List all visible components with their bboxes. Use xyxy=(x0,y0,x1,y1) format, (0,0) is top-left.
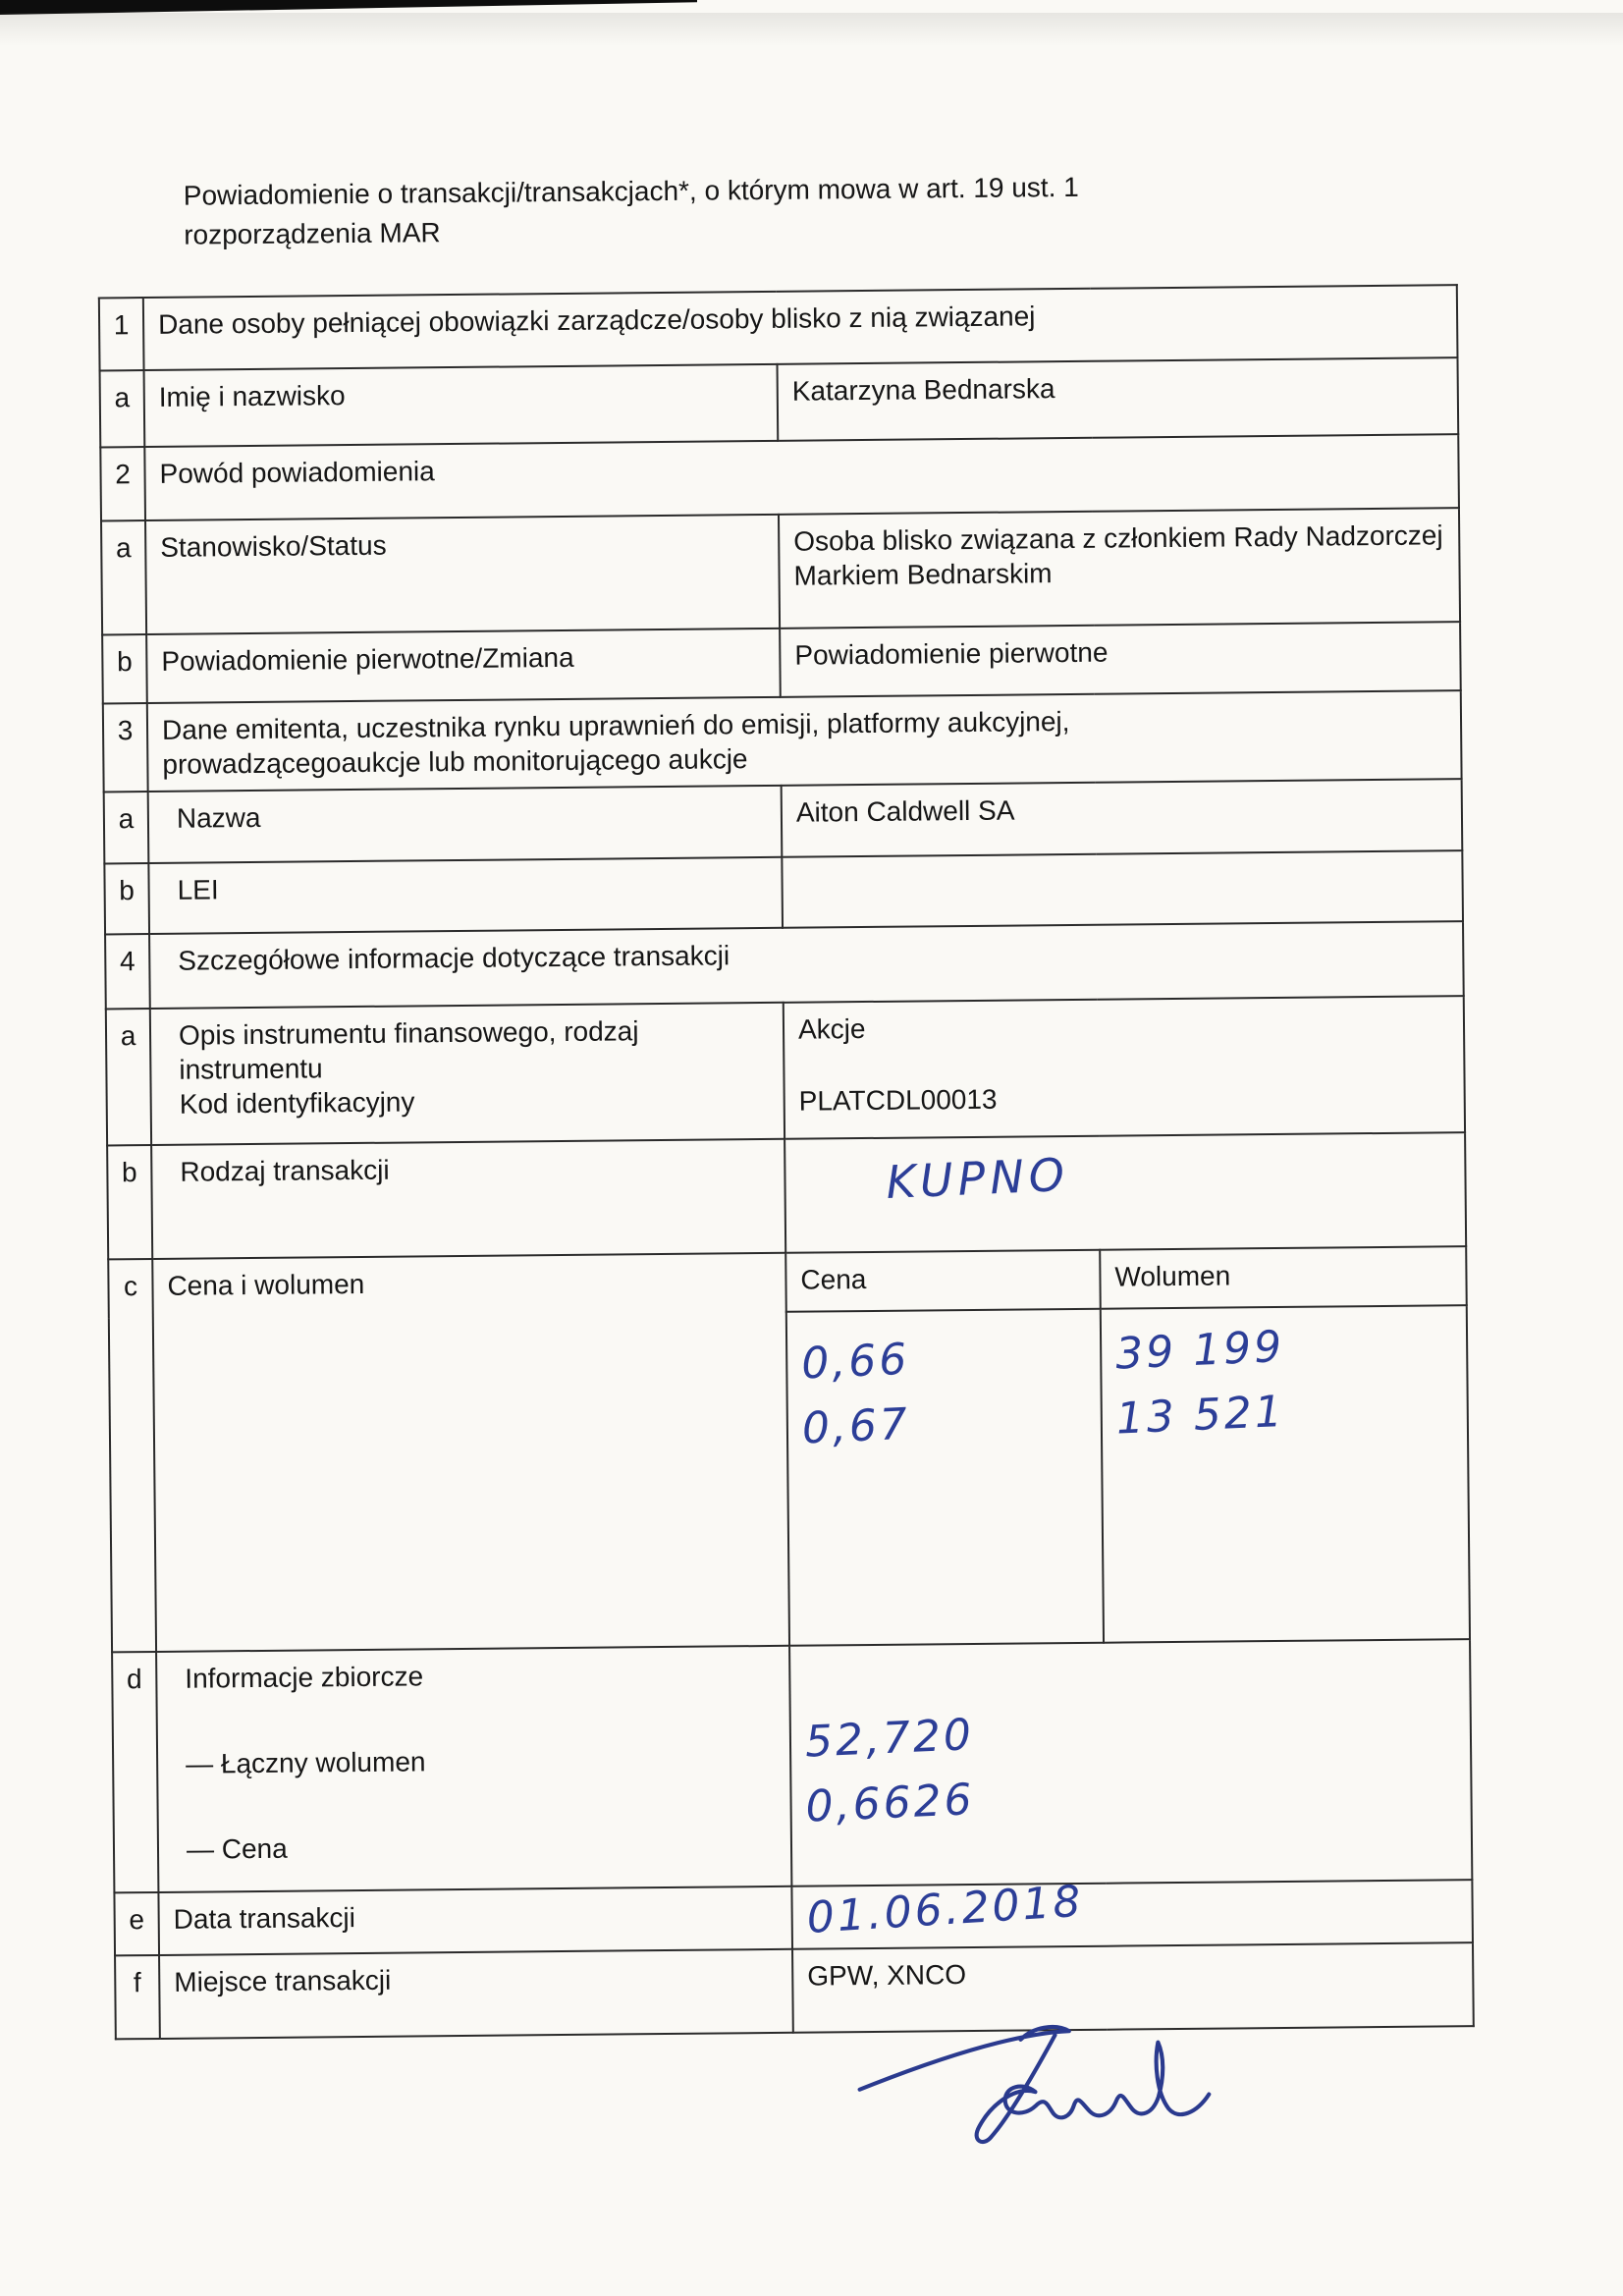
table-row-section1: 1 Dane osoby pełniącej obowiązki zarządc… xyxy=(99,285,1458,370)
handwritten-average-price: 0,6626 xyxy=(804,1773,975,1835)
field-label: Cena i wolumen xyxy=(152,1253,789,1652)
document-content: Powiadomienie o transakcji/transakcjach*… xyxy=(0,0,1623,2296)
price-values-cell: 0,66 0,67 xyxy=(786,1309,1104,1646)
aggregate-values-cell: 52,720 0,6626 xyxy=(789,1639,1472,1886)
field-value: Osoba blisko związana z członkiem Rady N… xyxy=(779,508,1460,629)
row-number-cell: b xyxy=(104,863,149,934)
volume-column-header: Wolumen xyxy=(1100,1246,1467,1309)
handwritten-total-volume: 52,720 xyxy=(804,1708,975,1771)
row-number-cell: b xyxy=(102,634,147,703)
handwritten-price-1: 0,66 xyxy=(800,1333,910,1393)
row-number-cell: 2 xyxy=(100,447,145,520)
row-number-cell: a xyxy=(106,1009,151,1145)
row-number-cell: e xyxy=(114,1892,159,1955)
row-number-cell: 3 xyxy=(103,703,148,792)
field-label: Data transakcji xyxy=(158,1886,792,1955)
document-title: Powiadomienie o transakcji/transakcjach*… xyxy=(184,166,1265,255)
aggregate-label: Informacje zbiorcze xyxy=(185,1656,775,1696)
row-number-cell: a xyxy=(104,792,149,863)
table-row-section2: 2 Powód powiadomienia xyxy=(100,434,1459,520)
instrument-label-line3: Kod identyfikacyjny xyxy=(180,1081,770,1121)
row-number-cell: d xyxy=(112,1652,158,1892)
field-value: Aiton Caldwell SA xyxy=(782,779,1463,857)
handwritten-signature xyxy=(851,2015,1216,2152)
aggregate-sub-price-label: — Cena xyxy=(187,1827,777,1867)
table-row-section3: 3 Dane emitenta, uczestnika rynku uprawn… xyxy=(103,690,1462,792)
field-value: KUPNO xyxy=(784,1132,1466,1253)
signature-ink-strokes xyxy=(851,2015,1216,2152)
table-row-instrument: a Opis instrumentu finansowego, rodzaj i… xyxy=(106,996,1465,1145)
row-number-cell: c xyxy=(108,1259,156,1652)
instrument-code-value: PLATCDL00013 xyxy=(799,1077,1450,1118)
section-header-label: Powód powiadomienia xyxy=(144,434,1459,520)
field-label: Powiadomienie pierwotne/Zmiana xyxy=(146,629,781,703)
field-label: Miejsce transakcji xyxy=(159,1949,793,2039)
table-row-name: a Imię i nazwisko Katarzyna Bednarska xyxy=(100,357,1459,447)
handwritten-volume-1: 39 199 xyxy=(1114,1320,1285,1383)
volume-values-cell: 39 199 13 521 xyxy=(1101,1305,1470,1643)
row-number-cell: a xyxy=(100,370,145,447)
field-label: LEI xyxy=(148,857,783,934)
field-label: Stanowisko/Status xyxy=(145,515,780,634)
row-number-cell: 4 xyxy=(105,934,150,1009)
row-number-cell: f xyxy=(115,1955,160,2039)
row-number-cell: b xyxy=(107,1145,152,1259)
aggregate-sub-volume-label: — Łączny wolumen xyxy=(186,1741,776,1781)
instrument-label-line2: instrumentu xyxy=(179,1047,769,1087)
table-row-lei: b LEI xyxy=(104,850,1463,934)
instrument-type-value: Akcje xyxy=(798,1006,1449,1046)
table-row-issuer-name: a Nazwa Aiton Caldwell SA xyxy=(104,779,1463,863)
field-value-empty xyxy=(782,850,1463,928)
row-number-cell: a xyxy=(101,520,146,634)
field-value: 01.06.2018 xyxy=(791,1880,1473,1949)
field-value: Katarzyna Bednarska xyxy=(778,357,1459,441)
table-row-section4: 4 Szczegółowe informacje dotyczące trans… xyxy=(105,921,1464,1009)
field-label: Opis instrumentu finansowego, rodzaj ins… xyxy=(150,1003,784,1145)
field-label: Informacje zbiorcze — Łączny wolumen — C… xyxy=(156,1646,791,1892)
table-row-transaction-type: b Rodzaj transakcji KUPNO xyxy=(107,1132,1466,1259)
section-header-label: Dane emitenta, uczestnika rynku uprawnie… xyxy=(147,690,1462,792)
scanned-document-page: Powiadomienie o transakcji/transakcjach*… xyxy=(0,0,1623,2296)
table-row-status: a Stanowisko/Status Osoba blisko związan… xyxy=(101,508,1460,634)
field-label: Nazwa xyxy=(148,786,783,863)
field-value: Akcje PLATCDL00013 xyxy=(784,996,1465,1139)
field-value: Powiadomienie pierwotne xyxy=(780,622,1461,697)
table-row-transaction-venue: f Miejsce transakcji GPW, XNCO xyxy=(115,1942,1474,2039)
field-label: Imię i nazwisko xyxy=(144,364,779,447)
handwritten-price-2: 0,67 xyxy=(801,1397,911,1457)
handwritten-volume-2: 13 521 xyxy=(1115,1385,1286,1448)
table-row-notification-type: b Powiadomienie pierwotne/Zmiana Powiado… xyxy=(102,622,1461,703)
instrument-label-line1: Opis instrumentu finansowego, rodzaj xyxy=(179,1012,769,1053)
section-header-label: Szczegółowe informacje dotyczące transak… xyxy=(149,921,1464,1009)
table-row-aggregate-info: d Informacje zbiorcze — Łączny wolumen —… xyxy=(112,1639,1472,1892)
handwritten-transaction-type: KUPNO xyxy=(885,1147,1070,1210)
section-header-label: Dane osoby pełniącej obowiązki zarządcze… xyxy=(143,285,1458,370)
handwritten-transaction-date: 01.06.2018 xyxy=(806,1885,1085,1936)
price-column-header: Cena xyxy=(785,1250,1101,1312)
field-label: Rodzaj transakcji xyxy=(151,1139,785,1259)
row-number-cell: 1 xyxy=(99,298,144,370)
mar-notification-form-table: 1 Dane osoby pełniącej obowiązki zarządc… xyxy=(98,284,1475,2040)
